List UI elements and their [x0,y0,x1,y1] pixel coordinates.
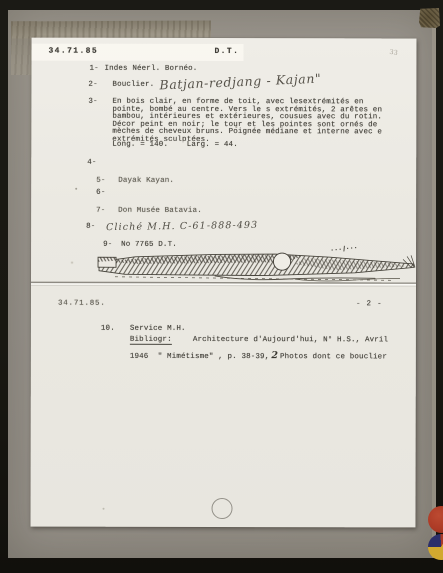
item-number: 3- [88,98,97,106]
item-number: 6- [96,189,105,197]
item-text: Bouclier. [112,81,154,89]
typist-initials: D.T. [214,48,239,56]
item-text: Dayak Kayan. [118,177,174,185]
bibliography-text: Photos dont ce bouclier [280,353,387,361]
bibliography-line2: 1946 " Mimétisme" , p. 38-39,2Photos don… [130,344,387,363]
mat-edge-highlight [432,10,436,558]
item-number: 9- [103,241,112,249]
page-number: - 2 - [356,300,383,308]
paper-specks [75,188,77,190]
dimensions-line: Long. = 140. Larg. = 44. [112,141,238,149]
inventory-number: 34.71.85 [48,48,98,56]
shield-sketch [95,250,417,285]
service-line: Service M.H. [130,325,186,333]
bibliography-text: Architecture d'Aujourd'hui, N° H.S., Avr… [193,335,388,343]
bibliography-text: 1946 " Mimétisme" , p. 38-39, [130,352,270,360]
item-number: 2- [88,81,97,89]
item-number: 7- [96,207,105,215]
handwritten-cliche-ref: Cliché M.H. C-61-888-493 [106,220,258,233]
catalog-card-paper: 34.71.85 D.T. 33 1- Indes Néerl. Bornéo.… [30,38,416,528]
card-divider-edge [31,282,416,287]
handwritten-annotation: Batjan-redjang - Kajan" [159,71,321,93]
item-number: 1- [89,65,98,73]
inventory-number-page2: 34.71.85. [58,300,106,308]
item-number: 5- [96,177,105,185]
item-number: 8- [86,223,95,231]
photo-count-annotation: 2 [271,350,278,361]
item-text: No 7765 D.T. [121,241,177,249]
tape-residue-mark [419,8,440,28]
item-number: 10. [101,325,115,333]
scanned-catalog-photo: 34.71.85 D.T. 33 1- Indes Néerl. Bornéo.… [0,0,443,573]
item-text: Don Musée Batavia. [118,207,202,215]
item-text: Indes Néerl. Bornéo. [104,65,197,73]
tape-strip-top [11,20,211,38]
pencil-corner-mark: 33 [389,48,398,57]
item-number: 4- [87,159,96,167]
punch-hole-mark [212,498,233,519]
